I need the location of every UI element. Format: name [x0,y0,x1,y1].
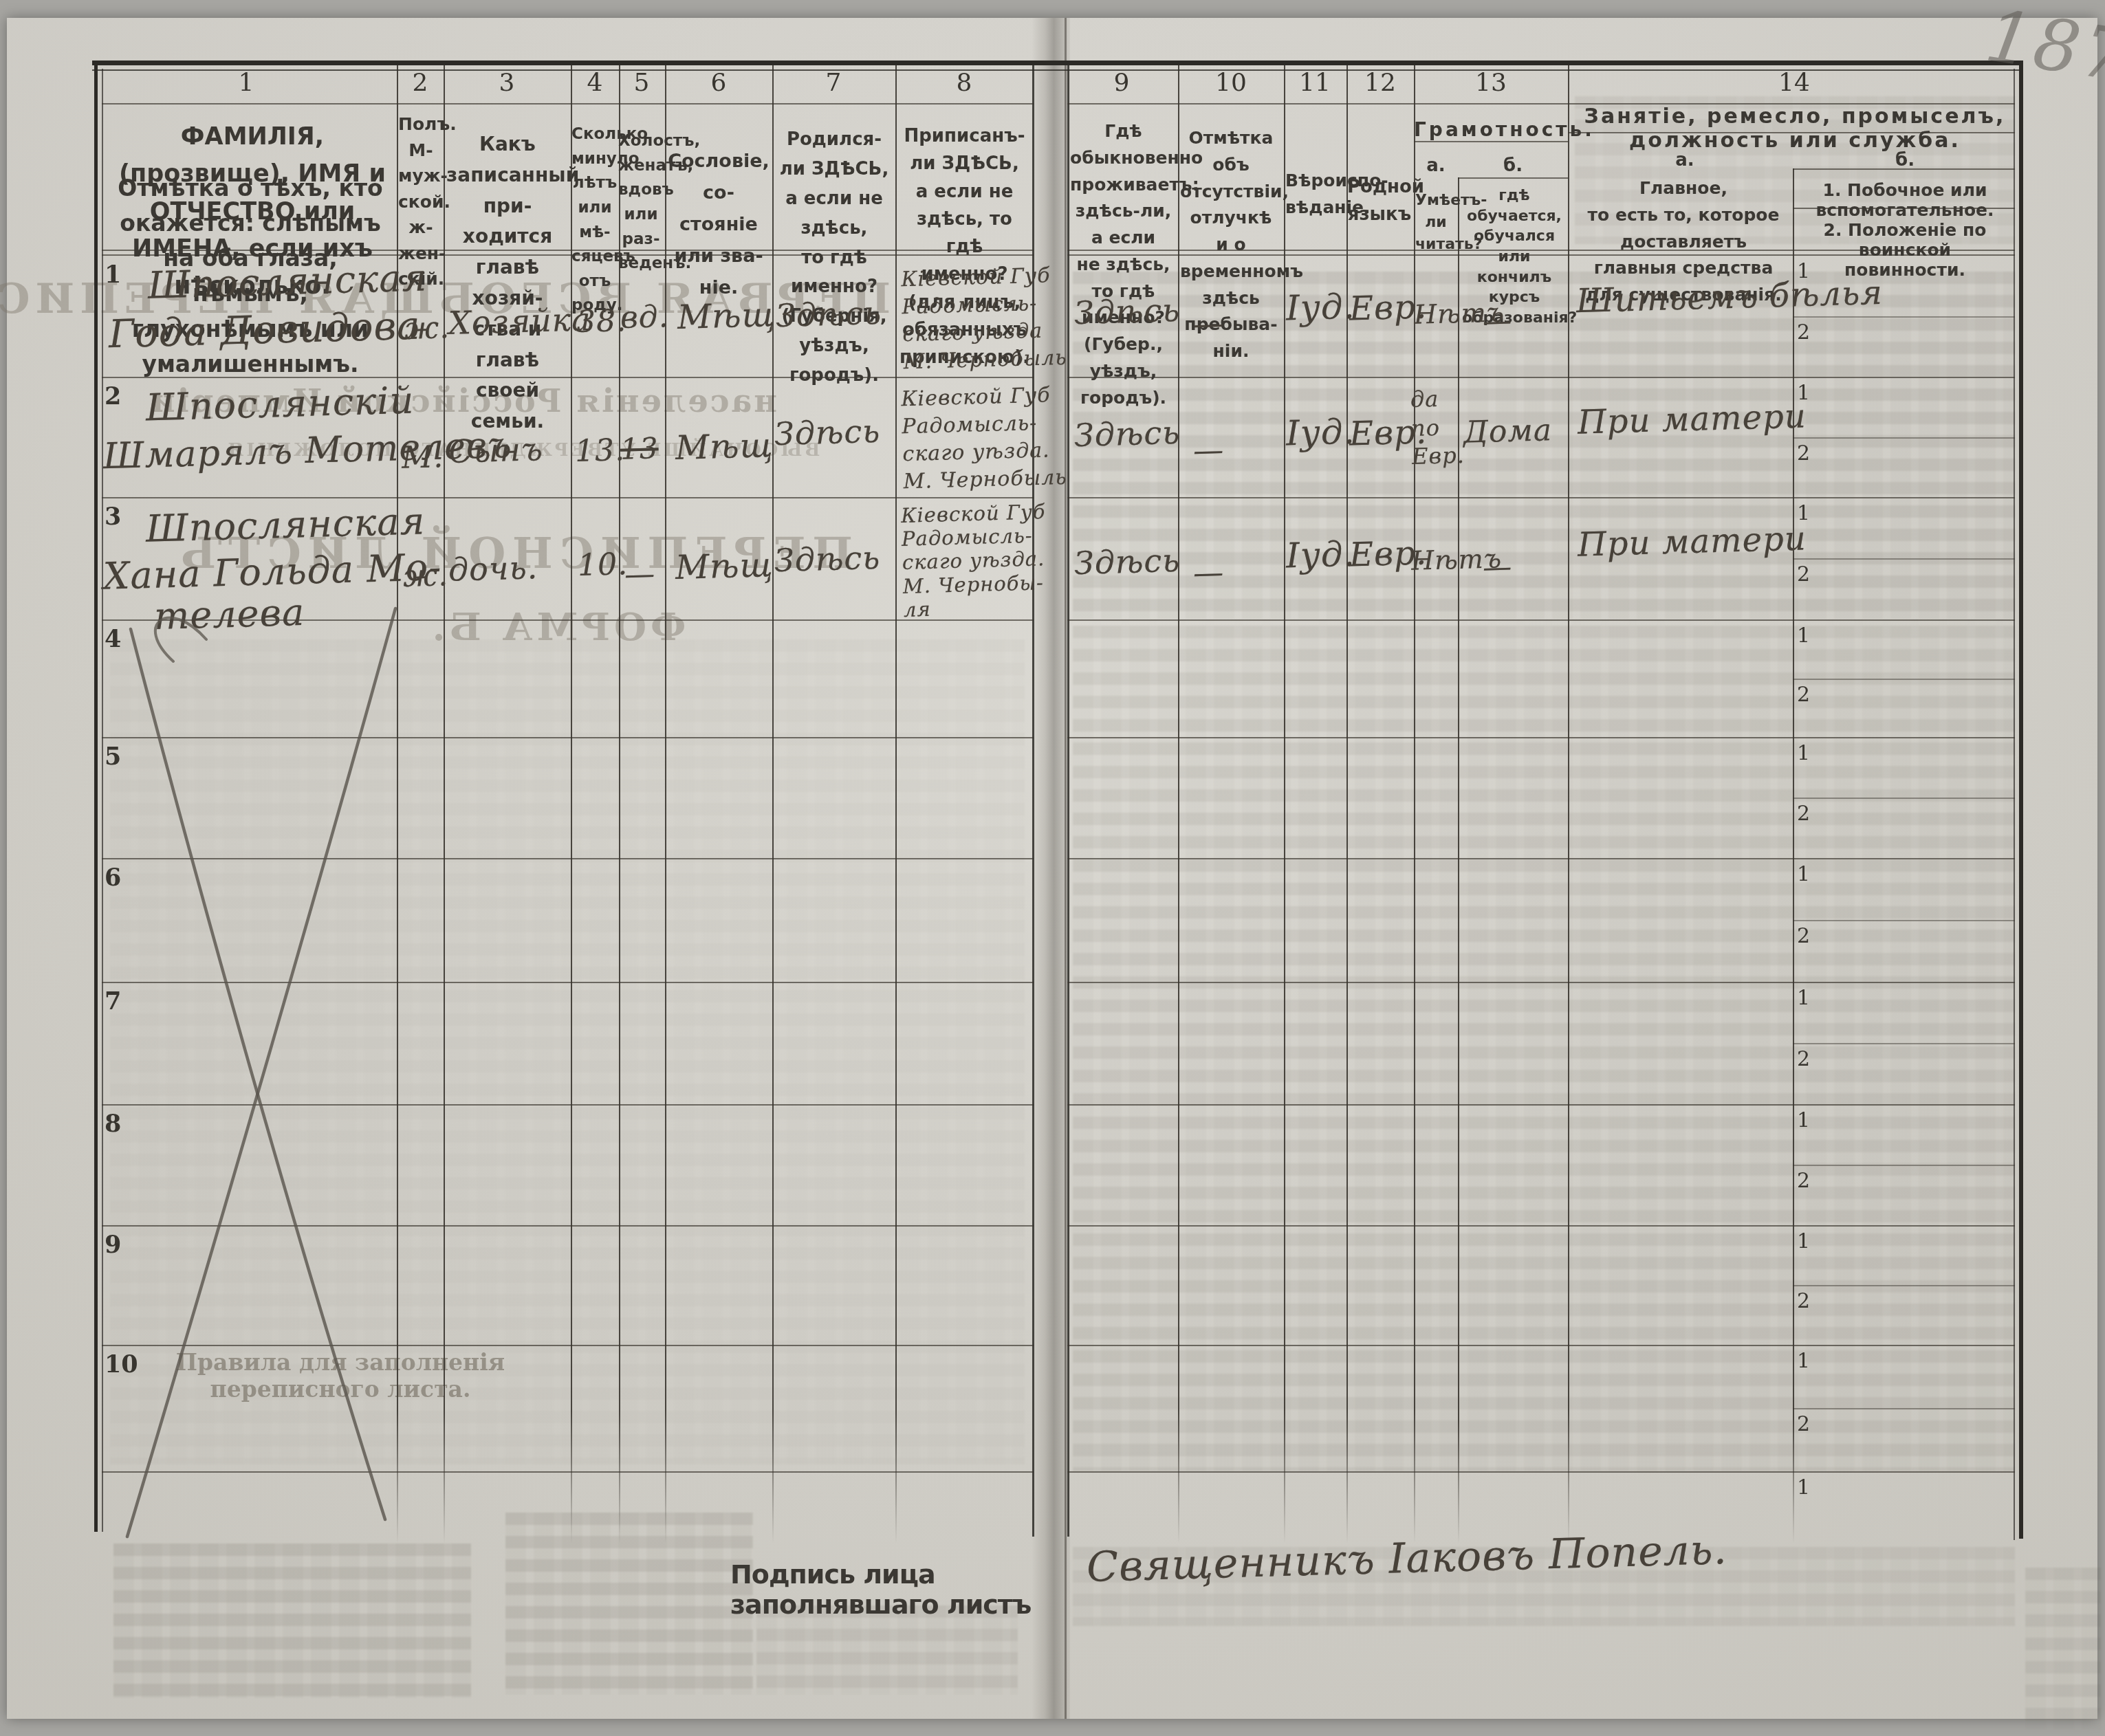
sub-row-marker: 2 [1797,1169,1824,1193]
grid-line [102,497,1034,498]
col-header-occupation: Занятіе, ремесло, промыселъ, должность и… [1575,105,2015,153]
col-header-occupation-b1: 1. Побочное или вспомогательное. [1798,180,2011,220]
row3-occupation: При матери [1577,519,1807,564]
row3-birthplace: Здѣсь [774,539,881,579]
row3-registration: Кіевской Губ Радомысль- скаго уѣзда. М. … [901,500,1049,622]
signature-label: Подпись лица заполнявшаго листъ [730,1559,1088,1620]
grid-line [1793,1285,2015,1286]
col-header-occupation-b2: 2. Положеніе по воинской повинности. [1798,220,2011,280]
grid-line [1793,1408,2015,1409]
col-header-occupation-b-label: б. [1798,150,2011,171]
col-header-language: Родной языкъ [1347,173,1412,229]
row2-registration: Кіевской Губ Радомысль- скаго уѣзда. М. … [901,382,1067,496]
sub-row-marker: 2 [1797,1412,1824,1436]
grid-line [102,1225,1034,1227]
row2-birthplace: Здѣсь [774,413,881,452]
col-header-residence: Гдѣ обыкновенно проживаетъ: здѣсь-ли, а … [1070,118,1177,411]
row2-relation: Сынъ [448,430,543,470]
grid-line [94,61,98,1532]
row3-surname: Шпослянская [145,499,426,550]
column-number: 5 [614,69,669,97]
grid-line [619,65,620,1543]
row1-religion: Іуд. [1285,287,1355,329]
sub-row-marker: 2 [1797,320,1824,344]
row2-absence: — [1192,432,1224,468]
row1-surname: Шпослянская [147,256,428,307]
sub-row-marker: 2 [1797,562,1824,586]
column-number: 9 [1094,69,1149,97]
col-header-marital: Холостъ, женатъ, вдовъ или раз- веденъ. [618,129,664,276]
row-number: 6 [105,864,153,892]
sub-row-marker: 1 [1797,1349,1824,1373]
col-header-occupation-a-label: а. [1582,150,1788,171]
sub-row-marker: 1 [1797,741,1824,765]
column-number: 7 [806,69,861,97]
sub-row-marker: 2 [1797,1289,1824,1313]
grid-line [102,1104,1034,1106]
row3-residence: Здѣсь [1073,542,1181,582]
column-number: 3 [479,69,534,97]
grid-line [1067,497,2015,498]
grid-line [102,103,1034,105]
row3-estate: Мѣщ [675,546,774,587]
row-number: 7 [105,987,153,1015]
column-number: 2 [393,69,448,97]
bleedthrough-title-5: ФОРМА Б. [419,605,695,649]
row1-given-name: Года Довидова [108,304,421,358]
row2-occupation: При матери [1577,397,1807,441]
row1-education: — [1482,303,1512,338]
row3-given-name-cont: телева [153,591,305,638]
row1-birthplace: Здѣсь [775,294,882,334]
grid-line [92,69,2023,71]
row2-surname: Шпослянскій [145,379,415,430]
grid-line [1414,65,1415,1543]
sub-row-marker: 2 [1797,683,1824,707]
row1-marital: вд. [620,299,669,336]
column-number: 6 [691,69,746,97]
sub-row-marker: 2 [1797,441,1824,465]
grid-line [1067,377,2015,378]
grid-line [92,61,2023,65]
col-header-estate: Сословіе, со- стояніе или зва- ніе. [666,146,771,303]
row-number: 4 [105,625,153,653]
sub-row-marker: 2 [1797,802,1824,826]
column-number: 13 [1463,69,1518,97]
column-number: 8 [937,69,992,97]
row3-relation: дочь. [448,549,538,589]
grid-line [1793,798,2015,799]
grid-line [1458,177,1459,1543]
grid-line [1793,437,2015,439]
row2-marital-struck: 13 [620,431,659,466]
grid-line [1458,177,1568,179]
col-header-birthplace: Родился-ли ЗДѢСЬ, а если не здѣсь, то гд… [774,125,894,391]
row1-sex: ж. [404,310,450,347]
census-sheet-photo: ПЕРВАЯ ВСЕОБЩАЯ ПЕРЕПИСЬ населенія Россі… [0,0,2105,1736]
row1-age: 38. [576,303,626,340]
grid-line [1793,920,2015,921]
row-number: 5 [105,743,153,771]
row2-age: 13. [574,432,625,469]
sub-row-marker: 1 [1797,1108,1824,1132]
grid-line [1793,316,2015,318]
col-header-literacy: Грамотность. [1414,118,1568,141]
grid-line [102,1471,1034,1473]
row1-estate: Мѣщ [677,296,776,337]
row3-education: — [1482,549,1512,584]
row-number: 10 [105,1350,153,1378]
bleedthrough-rules-title: Правила для заполненія переписного листа… [127,1349,554,1403]
row2-sex: М. [401,439,444,476]
grid-line [1067,65,1069,1537]
grid-line [1067,619,2015,621]
sub-row-marker: 1 [1797,986,1824,1010]
col-header-literacy-a-label: а. [1415,155,1457,176]
column-number: 10 [1203,69,1258,97]
grid-line [1568,65,1569,1543]
grid-line [1067,737,2015,738]
grid-line [2019,61,2023,1539]
row2-estate: Мѣщ [675,426,774,468]
grid-line [1067,858,2015,859]
row1-registration: Кіевской Губ Радомысль- скаго уѣзда М. Ч… [901,262,1067,376]
row3-religion: Іуд. [1285,534,1355,576]
row2-residence: Здѣсь [1073,414,1181,454]
row3-marital: — [624,556,655,592]
grid-line [102,737,1034,738]
row3-age: 10. [577,547,628,583]
fold-line [1065,18,1067,1719]
grid-line [1284,65,1285,1543]
column-number: 12 [1353,69,1408,97]
grid-line [1067,1345,2015,1346]
row2-literacy: да по Евр. [1410,384,1465,472]
grid-line [102,982,1034,983]
sub-row-marker: 1 [1797,624,1824,648]
grid-line [1793,558,2015,560]
col-header-relation: Какъ записанный при- ходится главѣ хозяй… [446,129,569,437]
grid-line [1067,982,2015,983]
sub-row-marker: 1 [1797,862,1824,886]
column-number: 14 [1767,69,1822,97]
grid-line [1793,1165,2015,1166]
row-number: 8 [105,1110,153,1138]
row1-residence: Здѣсь [1073,292,1181,331]
grid-line [1067,1225,2015,1227]
row3-absence: — [1192,555,1224,591]
grid-line [772,65,774,1543]
col-header-literacy-a: Умѣетъ- ли читать? [1415,190,1457,256]
grid-line [102,1345,1034,1346]
grid-line [1414,141,1568,142]
grid-line [1793,679,2015,680]
row1-relation: Хозяйка [448,300,591,342]
row3-sex: ж. [402,558,448,594]
grid-line [1067,1104,2015,1106]
sub-row-marker: 2 [1797,924,1824,948]
row2-religion: Іуд. [1285,412,1355,454]
row2-education: Дома [1463,413,1552,450]
grid-line [102,69,103,1532]
col-header-religion: Вѣроиспо- вѣданіе. [1285,168,1344,221]
col-header-age: Сколько минуло лѣтъ или мѣ- сяцевъ отъ р… [571,122,618,318]
row-number: 9 [105,1231,153,1259]
grid-line [1067,1471,2015,1473]
sub-row-marker: 1 [1797,1229,1824,1253]
grid-line [1178,65,1179,1543]
row1-absence: — [1192,306,1224,342]
column-number: 11 [1287,69,1342,97]
column-number: 1 [219,69,274,97]
grid-line [2014,69,2015,1540]
grid-line [1793,1043,2015,1044]
col-header-literacy-b-label: б. [1492,155,1534,176]
grid-line [102,858,1034,859]
grid-line [1793,168,1794,1543]
sub-row-marker: 2 [1797,1047,1824,1071]
sub-row-marker: 1 [1797,1475,1824,1499]
